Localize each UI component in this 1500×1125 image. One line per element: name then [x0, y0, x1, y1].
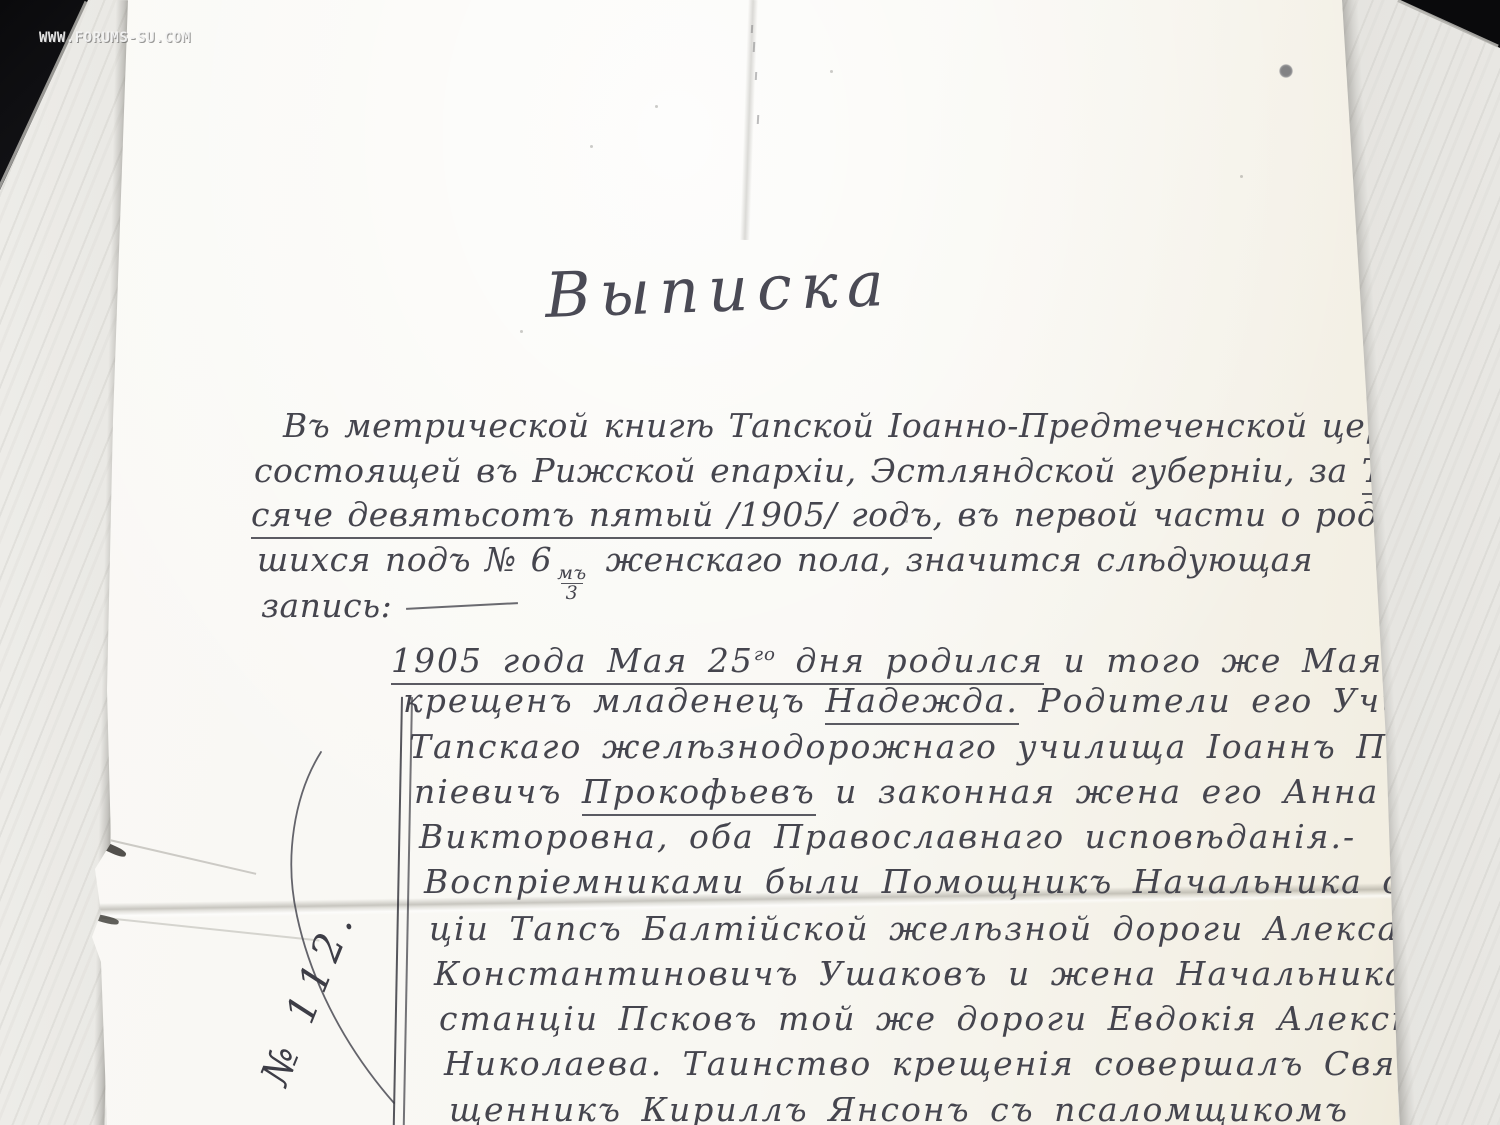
manuscript-line: щенникъ Кириллъ Янсонъ съ псаломщикомъ — [449, 1088, 1349, 1125]
paper-speck — [830, 70, 833, 73]
text-segment: Викторовна, оба Православнаго исповѣдані… — [419, 817, 1356, 856]
text-segment: женскаго пола, значится слѣдующая — [592, 540, 1314, 579]
manuscript-line: крещенъ младенецъ Надежда. Родители его … — [403, 679, 1500, 723]
tear-crease-line — [110, 839, 257, 875]
text-segment-underlined: сяче девятьсотъ пятый /1905/ годъ — [251, 495, 932, 539]
manuscript-line: Въ метрической книгѣ Тапской Іоанно-Пред… — [283, 404, 1460, 448]
text-segment: Тапскаго желѣзнодорожнаго училища Іоаннъ… — [409, 727, 1489, 766]
watermark-text: WWW.FORUMS-SU.COM — [39, 30, 191, 46]
text-segment-underlined: Прокофьевъ — [582, 772, 816, 816]
text-segment: запись: — [261, 586, 392, 625]
record-number-fraction: мъ3 — [557, 564, 586, 603]
fraction-bottom: 3 — [561, 583, 584, 603]
text-segment: состоящей въ Рижской епархіи, Эстляндско… — [254, 451, 1362, 490]
manuscript-line: Константиновичъ Ушаковъ и жена Начальник… — [434, 952, 1407, 996]
fold-tear-tick — [751, 25, 753, 33]
manuscript-line: станціи Псковъ той же дороги Евдокія Але… — [439, 997, 1500, 1041]
manuscript-line: 1905 года Мая 25го дня родился и того же… — [391, 633, 1500, 683]
fold-tear-tick — [755, 72, 757, 80]
manuscript-line: Николаева. Таинство крещенія совершалъ С… — [444, 1042, 1409, 1086]
text-segment: щенникъ Кириллъ Янсонъ съ псаломщикомъ — [449, 1090, 1349, 1125]
manuscript-line: піевичъ Прокофьевъ и законная жена его А… — [414, 770, 1379, 814]
fraction-top: мъ — [557, 564, 586, 583]
text-segment: и законная жена его Анна — [816, 772, 1380, 811]
fold-tear-tick — [757, 115, 759, 124]
paper-speck — [520, 330, 523, 333]
paper-speck — [655, 105, 658, 108]
text-segment: Въ метрической книгѣ Тапской Іоанно-Пред… — [283, 406, 1460, 445]
manuscript-line: сяче девятьсотъ пятый /1905/ годъ, въ пе… — [251, 493, 1431, 537]
manuscript-line: состоящей въ Рижской епархіи, Эстляндско… — [254, 449, 1423, 493]
paper-speck — [590, 145, 593, 148]
text-segment: Николаева. Таинство крещенія совершалъ С… — [444, 1044, 1409, 1083]
paper-speck — [1240, 175, 1243, 178]
document-title: Выписка — [544, 249, 894, 331]
text-segment: 1905 года Мая 25 — [391, 641, 754, 680]
flourish-dash — [406, 602, 518, 610]
tear-crease-line — [100, 917, 319, 942]
manuscript-line: Воспріемниками были Помощникъ Начальника… — [424, 860, 1495, 904]
text-segment: , въ первой части о родив- — [932, 495, 1431, 534]
text-segment: крещенъ младенецъ — [403, 681, 825, 720]
manuscript-line: Тапскаго желѣзнодорожнаго училища Іоаннъ… — [409, 725, 1489, 769]
photo-scene: № 112. Выписка Въ метрической книгѣ Тапс… — [0, 0, 1500, 1125]
text-segment: дня родился — [776, 641, 1044, 680]
margin-note: № 112. — [251, 900, 366, 1092]
text-segment: ціи Тапсъ Балтійской желѣзной дороги Але… — [429, 909, 1493, 948]
text-segment: станціи Псковъ той же дороги Евдокія Але… — [439, 999, 1500, 1038]
ordinal-superscript: го — [754, 644, 776, 665]
manuscript-line: Викторовна, оба Православнаго исповѣдані… — [419, 815, 1356, 859]
text-segment: шихся подъ № 6 — [257, 540, 552, 579]
text-segment: Воспріемниками были Помощникъ Начальника… — [424, 862, 1495, 901]
text-segment: піевичъ — [414, 772, 582, 811]
vertical-fold-crease — [740, 0, 758, 240]
punch-hole-mark — [1279, 64, 1293, 78]
text-segment-underlined: Надежда. — [825, 681, 1019, 725]
paper-sheet: № 112. Выписка Въ метрической книгѣ Тапс… — [0, 0, 1500, 1125]
manuscript-line: ціи Тапсъ Балтійской желѣзной дороги Але… — [429, 907, 1493, 951]
manuscript-line: запись: — [261, 584, 518, 628]
text-segment: Константиновичъ Ушаковъ и жена Начальник… — [434, 954, 1407, 993]
